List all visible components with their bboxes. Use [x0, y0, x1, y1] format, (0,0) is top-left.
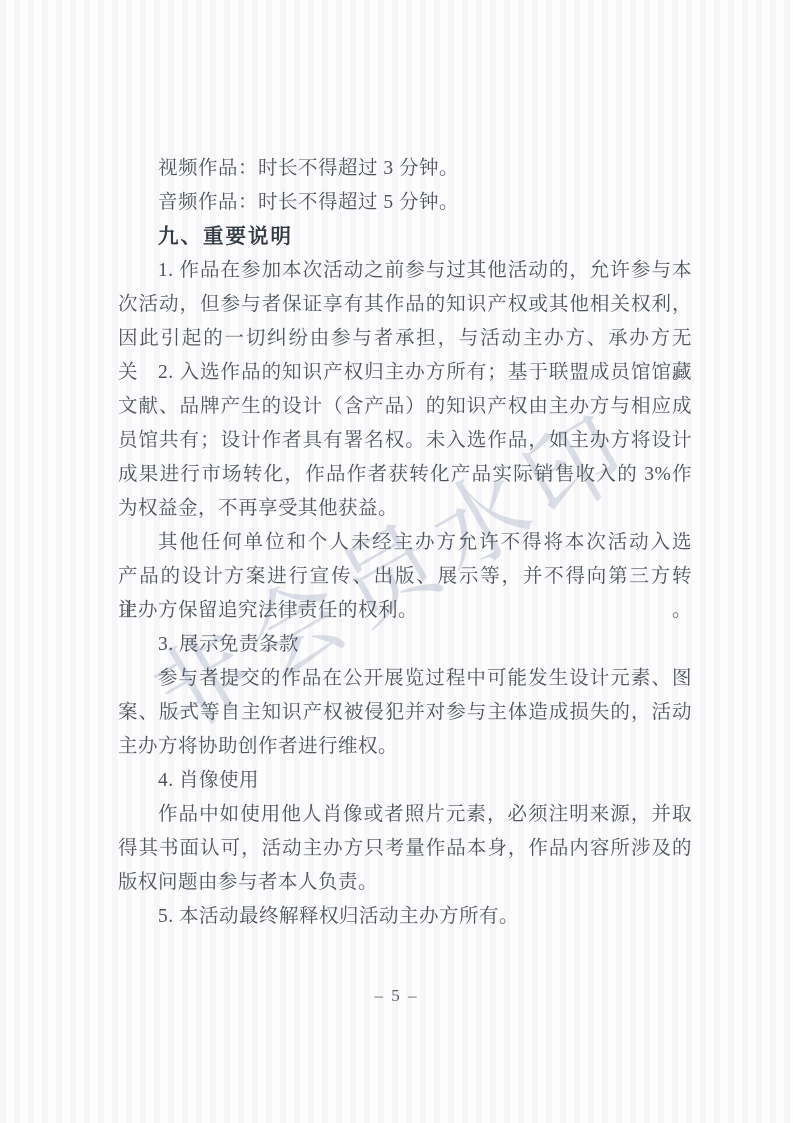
text-line: 其他任何单位和个人未经主办方允许不得将本次活动入选	[118, 526, 692, 560]
text-line: 案、版式等自主知识产权被侵犯并对参与主体造成损失的，活动	[118, 696, 692, 730]
text-line: 得其书面认可，活动主办方只考量作品本身，作品内容所涉及的	[118, 832, 692, 866]
text-line: 主办方将协助创作者进行维权。	[118, 730, 692, 764]
text-line: 2. 入选作品的知识产权归主办方所有；基于联盟成员馆馆藏	[118, 356, 692, 390]
text-line-video-rule: 视频作品：时长不得超过 3 分钟。	[118, 152, 692, 186]
body-text: 视频作品：时长不得超过 3 分钟。 音频作品：时长不得超过 5 分钟。 九、重要…	[118, 152, 692, 934]
section-heading: 九、重要说明	[118, 220, 692, 254]
text-line-audio-rule: 音频作品：时长不得超过 5 分钟。	[118, 186, 692, 220]
text-line: 成果进行市场转化，作品作者获转化产品实际销售收入的 3%作	[118, 458, 692, 492]
text-line: 版权问题由参与者本人负责。	[118, 866, 692, 900]
text-line: 1. 作品在参加本次活动之前参与过其他活动的，允许参与本	[118, 254, 692, 288]
text-line: 因此引起的一切纠纷由参与者承担，与活动主办方、承办方无关。	[118, 322, 692, 356]
text-line-clause-5: 5. 本活动最终解释权归活动主办方所有。	[118, 900, 692, 934]
page-number: – 5 –	[0, 986, 793, 1006]
text-line: 员馆共有；设计作者具有署名权。未入选作品，如主办方将设计	[118, 424, 692, 458]
text-line: 产品的设计方案进行宣传、出版、展示等，并不得向第三方转让。	[118, 560, 692, 594]
text-line: 参与者提交的作品在公开展览过程中可能发生设计元素、图	[118, 662, 692, 696]
text-line: 次活动，但参与者保证享有其作品的知识产权或其他相关权利，	[118, 288, 692, 322]
text-line-clause-3: 3. 展示免责条款	[118, 628, 692, 662]
text-line: 为权益金，不再享受其他获益。	[118, 492, 692, 526]
document-page: 非会员水印 视频作品：时长不得超过 3 分钟。 音频作品：时长不得超过 5 分钟…	[0, 0, 793, 1123]
text-line-clause-4: 4. 肖像使用	[118, 764, 692, 798]
text-line: 作品中如使用他人肖像或者照片元素，必须注明来源，并取	[118, 798, 692, 832]
text-line: 文献、品牌产生的设计（含产品）的知识产权由主办方与相应成	[118, 390, 692, 424]
